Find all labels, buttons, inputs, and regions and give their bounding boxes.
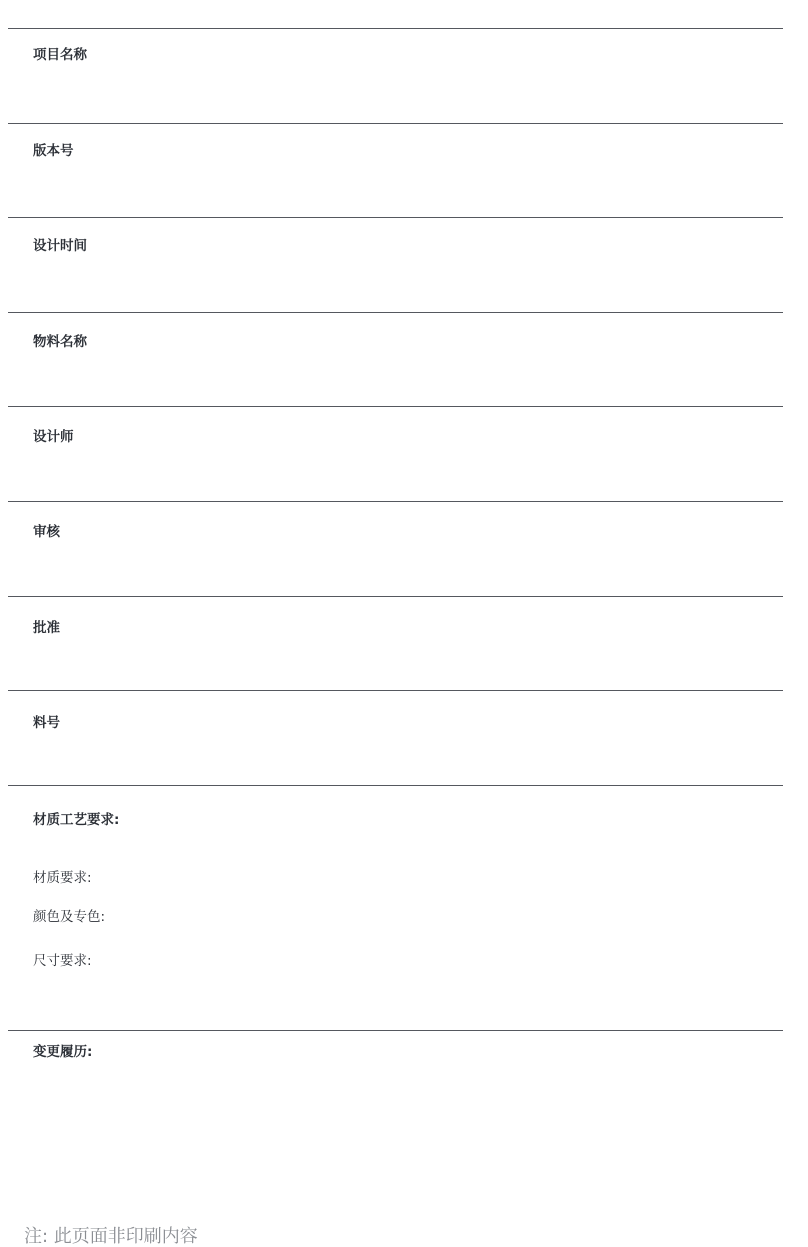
divider <box>8 217 783 218</box>
divider <box>8 690 783 691</box>
field-label-material-name: 物料名称 <box>33 330 87 350</box>
divider <box>8 1030 783 1031</box>
divider <box>8 406 783 407</box>
field-label-designer: 设计师 <box>33 425 74 445</box>
divider <box>8 596 783 597</box>
divider <box>8 312 783 313</box>
color-requirement-label: 颜色及专色: <box>33 905 105 925</box>
change-history-title: 变更履历: <box>33 1040 92 1060</box>
size-requirement-label: 尺寸要求: <box>33 949 92 969</box>
footer-note: 注: 此页面非印刷内容 <box>24 1222 198 1247</box>
material-section-title: 材质工艺要求: <box>33 808 119 828</box>
field-label-approval: 批准 <box>33 616 60 636</box>
divider <box>8 501 783 502</box>
divider <box>8 28 783 29</box>
field-label-version: 版本号 <box>33 139 74 159</box>
field-label-design-time: 设计时间 <box>33 234 87 254</box>
divider <box>8 785 783 786</box>
material-requirement-label: 材质要求: <box>33 866 92 886</box>
field-label-part-number: 料号 <box>33 711 60 731</box>
field-label-project-name: 项目名称 <box>33 43 87 63</box>
field-label-review: 审核 <box>33 520 60 540</box>
divider <box>8 123 783 124</box>
